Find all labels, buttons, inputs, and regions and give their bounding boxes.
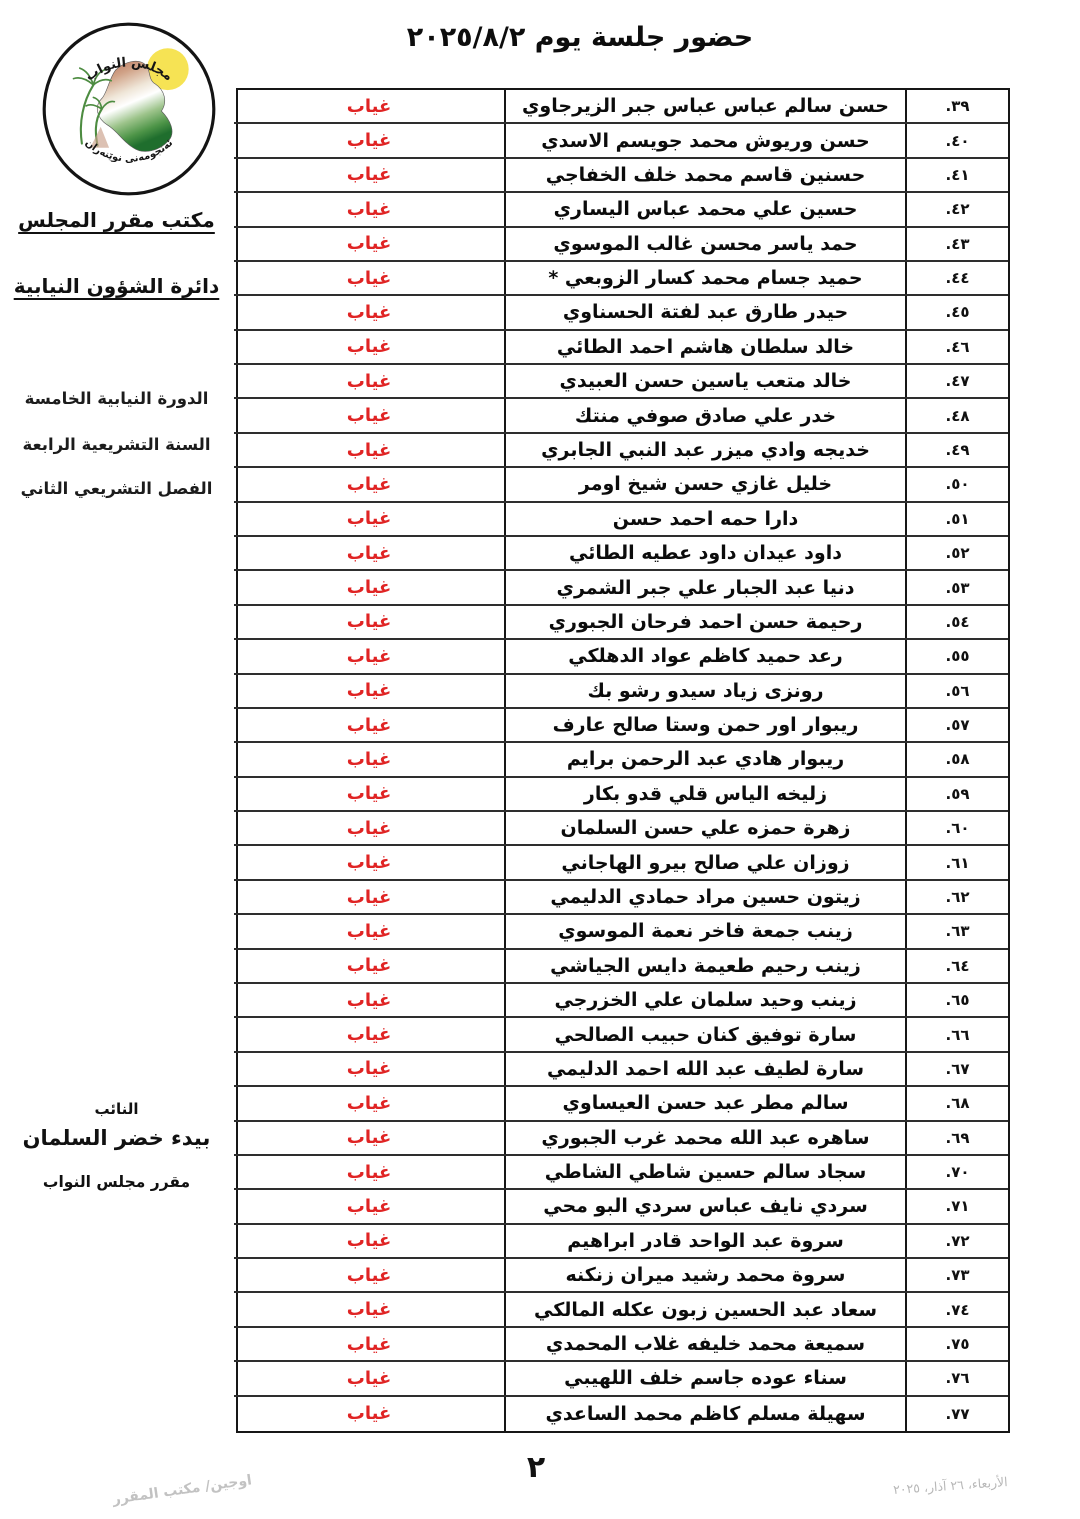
row-number: ٧٥. (905, 1328, 1008, 1360)
member-name: سناء عوده جاسم خلف اللهيبي (504, 1362, 905, 1394)
absence-status: غياب (234, 503, 504, 535)
absence-status: غياب (234, 399, 504, 431)
signatory-title: مقرر مجلس النواب (0, 1173, 233, 1191)
row-number: ٦٣. (905, 915, 1008, 947)
member-name: سالم مطر عبد حسن العيساوي (504, 1087, 905, 1119)
table-row: ٦٦. سارة توفيق كنان حبيب الصالحي غياب (234, 1018, 1008, 1052)
absence-status: غياب (234, 984, 504, 1016)
table-row: ٤٨. خدر علي صادق صوفي منتك غياب (234, 399, 1008, 433)
row-number: ٥٥. (905, 640, 1008, 672)
scanned-attendance-page: حضور جلسة يوم ٢٠٢٥/٨/٢ (0, 0, 1080, 1519)
sidebar-term-label: الدورة النيابية الخامسة (0, 389, 233, 408)
absence-status: غياب (234, 846, 504, 878)
member-name: سهيلة مسلم كاظم محمد الساعدي (504, 1397, 905, 1431)
row-number: ٤٥. (905, 296, 1008, 328)
row-number: ٥٨. (905, 743, 1008, 775)
row-number: ٥٢. (905, 537, 1008, 569)
member-name: حسين علي محمد عباس اليساري (504, 193, 905, 225)
member-name: زينب وحيد سلمان علي الخزرجي (504, 984, 905, 1016)
table-row: ٦٠. زهرة حمزه علي حسن السلمان غياب (234, 812, 1008, 846)
member-name: حمد ياسر محسن غالب الموسوي (504, 228, 905, 260)
member-name: زليخه الياس قلي قدو بكار (504, 778, 905, 810)
absence-status: غياب (234, 1328, 504, 1360)
row-number: ٦١. (905, 846, 1008, 878)
absence-status: غياب (234, 675, 504, 707)
member-name: ريبوار هادي عبد الرحمن برايم (504, 743, 905, 775)
attendance-table: ٣٩. حسن سالم عباس عباس جبر الزيرجاوي غيا… (236, 88, 1010, 1433)
table-row: ٤٦. خالد سلطان هاشم احمد الطائي غياب (234, 331, 1008, 365)
table-row: ٧٢. سروة عبد الواحد قادر ابراهيم غياب (234, 1225, 1008, 1259)
absence-status: غياب (234, 1293, 504, 1325)
member-name: ساهره عبد الله محمد غرب الجبوري (504, 1122, 905, 1154)
member-name: خالد سلطان هاشم احمد الطائي (504, 331, 905, 363)
page-title: حضور جلسة يوم ٢٠٢٥/٨/٢ (80, 22, 1080, 53)
row-number: ٧٠. (905, 1156, 1008, 1188)
member-name: حسن وريوش محمد جويسم الاسدي (504, 124, 905, 156)
table-row: ٤٩. خديجه وادي ميزر عبد النبي الجابري غي… (234, 434, 1008, 468)
member-name: سعاد عبد الحسين زبون عكله المالكي (504, 1293, 905, 1325)
sidebar-department-label: دائرة الشؤون النيابية (0, 274, 233, 298)
table-row: ٦٢. زيتون حسين مراد حمادي الدليمي غياب (234, 881, 1008, 915)
table-row: ٤٤. حميد جسام محمد كسار الزوبعي * غياب (234, 262, 1008, 296)
row-number: ٦٦. (905, 1018, 1008, 1050)
table-row: ٤٠. حسن وريوش محمد جويسم الاسدي غياب (234, 124, 1008, 158)
parliament-logo-svg: مجلس النواب ئەنجومەنی نوێنەران (40, 20, 218, 198)
signatory-name: بيدء خضر السلمان (0, 1126, 233, 1150)
member-name: خدر علي صادق صوفي منتك (504, 399, 905, 431)
table-row: ٦١. زوزان علي صالح بيرو الهاجاني غياب (234, 846, 1008, 880)
row-number: ٤٩. (905, 434, 1008, 466)
absence-status: غياب (234, 1362, 504, 1394)
absence-status: غياب (234, 1018, 504, 1050)
parliament-logo-icon: مجلس النواب ئەنجومەنی نوێنەران (40, 20, 218, 198)
row-number: ٤٢. (905, 193, 1008, 225)
absence-status: غياب (234, 1156, 504, 1188)
row-number: ٤٣. (905, 228, 1008, 260)
table-row: ٥٥. رعد حميد كاظم عواد الدهلكي غياب (234, 640, 1008, 674)
row-number: ٥٦. (905, 675, 1008, 707)
row-number: ٥٧. (905, 709, 1008, 741)
table-row: ٦٧. سارة لطيف عبد الله احمد الدليمي غياب (234, 1053, 1008, 1087)
member-name: داود عيدان داود عطيه الطائي (504, 537, 905, 569)
member-name: سروة عبد الواحد قادر ابراهيم (504, 1225, 905, 1257)
absence-status: غياب (234, 1225, 504, 1257)
absence-status: غياب (234, 124, 504, 156)
row-number: ٥١. (905, 503, 1008, 535)
absence-status: غياب (234, 1397, 504, 1431)
member-name: ريبوار اور حمن وستا صالح عارف (504, 709, 905, 741)
row-number: ٦٥. (905, 984, 1008, 1016)
member-name: رونزى زياد سيدو رشو بك (504, 675, 905, 707)
row-number: ٧٦. (905, 1362, 1008, 1394)
table-row: ٥٩. زليخه الياس قلي قدو بكار غياب (234, 778, 1008, 812)
absence-status: غياب (234, 778, 504, 810)
member-name: دنيا عبد الجبار علي جبر الشمري (504, 571, 905, 603)
row-number: ٧٤. (905, 1293, 1008, 1325)
table-row: ٥٠. خليل غازي حسن شيخ اومر غياب (234, 468, 1008, 502)
row-number: ٦٩. (905, 1122, 1008, 1154)
absence-status: غياب (234, 743, 504, 775)
row-number: ٦٠. (905, 812, 1008, 844)
page-number: ٢ (236, 1450, 836, 1485)
table-row: ٤٣. حمد ياسر محسن غالب الموسوي غياب (234, 228, 1008, 262)
row-number: ٥٤. (905, 606, 1008, 638)
table-row: ٧٦. سناء عوده جاسم خلف اللهيبي غياب (234, 1362, 1008, 1396)
absence-status: غياب (234, 709, 504, 741)
absence-status: غياب (234, 1122, 504, 1154)
row-number: ٦٢. (905, 881, 1008, 913)
absence-status: غياب (234, 262, 504, 294)
member-name: حميد جسام محمد كسار الزوبعي * (504, 262, 905, 294)
absence-status: غياب (234, 296, 504, 328)
absence-status: غياب (234, 537, 504, 569)
table-row: ٦٨. سالم مطر عبد حسن العيساوي غياب (234, 1087, 1008, 1121)
member-name: حسن سالم عباس عباس جبر الزيرجاوي (504, 90, 905, 122)
sidebar-office-label: مكتب مقرر المجلس (0, 208, 233, 232)
table-row: ٤٧. خالد متعب ياسين حسن العبيدي غياب (234, 365, 1008, 399)
row-number: ٥٠. (905, 468, 1008, 500)
table-row: ٦٤. زينب رحيم طعيمة دايس الجياشي غياب (234, 950, 1008, 984)
member-name: حسنين قاسم محمد خلف الخفاجي (504, 159, 905, 191)
row-number: ٦٧. (905, 1053, 1008, 1085)
table-row: ٥٧. ريبوار اور حمن وستا صالح عارف غياب (234, 709, 1008, 743)
row-number: ٦٤. (905, 950, 1008, 982)
absence-status: غياب (234, 228, 504, 260)
absence-status: غياب (234, 468, 504, 500)
table-row: ٦٩. ساهره عبد الله محمد غرب الجبوري غياب (234, 1122, 1008, 1156)
member-name: سروة محمد رشيد ميران زنكنه (504, 1259, 905, 1291)
absence-status: غياب (234, 881, 504, 913)
row-number: ٧١. (905, 1190, 1008, 1222)
absence-status: غياب (234, 950, 504, 982)
table-row: ٧٣. سروة محمد رشيد ميران زنكنه غياب (234, 1259, 1008, 1293)
member-name: زوزان علي صالح بيرو الهاجاني (504, 846, 905, 878)
table-row: ٧٥. سميعة محمد خليفه غلاب المحمدي غياب (234, 1328, 1008, 1362)
member-name: خليل غازي حسن شيخ اومر (504, 468, 905, 500)
member-name: خديجه وادي ميزر عبد النبي الجابري (504, 434, 905, 466)
row-number: ٤٧. (905, 365, 1008, 397)
table-row: ٣٩. حسن سالم عباس عباس جبر الزيرجاوي غيا… (234, 90, 1008, 124)
table-row: ٥٦. رونزى زياد سيدو رشو بك غياب (234, 675, 1008, 709)
absence-status: غياب (234, 1259, 504, 1291)
row-number: ٣٩. (905, 90, 1008, 122)
table-row: ٤١. حسنين قاسم محمد خلف الخفاجي غياب (234, 159, 1008, 193)
member-name: زينب رحيم طعيمة دايس الجياشي (504, 950, 905, 982)
signatory-role: النائب (0, 1100, 233, 1118)
table-row: ٧١. سردي نايف عباس سردي البو محي غياب (234, 1190, 1008, 1224)
absence-status: غياب (234, 812, 504, 844)
member-name: خالد متعب ياسين حسن العبيدي (504, 365, 905, 397)
member-name: زهرة حمزه علي حسن السلمان (504, 812, 905, 844)
print-date-note: الأربعاء، ٢٦ آذار، ٢٠٢٥ (893, 1474, 1008, 1497)
sidebar-year-label: السنة التشريعية الرابعة (0, 435, 233, 454)
table-row: ٥٤. رحيمة حسن احمد فرحان الجبوري غياب (234, 606, 1008, 640)
table-row: ٥٨. ريبوار هادي عبد الرحمن برايم غياب (234, 743, 1008, 777)
table-row: ٧٠. سجاد سالم حسين شاطي الشاطي غياب (234, 1156, 1008, 1190)
table-row: ٥٢. داود عيدان داود عطيه الطائي غياب (234, 537, 1008, 571)
sidebar-chapter-label: الفصل التشريعي الثاني (0, 479, 233, 498)
table-row: ٤٥. حيدر طارق عبد لفتة الحسناوي غياب (234, 296, 1008, 330)
row-number: ٤١. (905, 159, 1008, 191)
absence-status: غياب (234, 1053, 504, 1085)
absence-status: غياب (234, 365, 504, 397)
table-row: ٧٧. سهيلة مسلم كاظم محمد الساعدي غياب (234, 1397, 1008, 1431)
member-name: رعد حميد كاظم عواد الدهلكي (504, 640, 905, 672)
table-row: ٦٣. زينب جمعة فاخر نعمة الموسوي غياب (234, 915, 1008, 949)
absence-status: غياب (234, 434, 504, 466)
absence-status: غياب (234, 193, 504, 225)
table-row: ٧٤. سعاد عبد الحسين زبون عكله المالكي غي… (234, 1293, 1008, 1327)
row-number: ٥٩. (905, 778, 1008, 810)
member-name: سميعة محمد خليفه غلاب المحمدي (504, 1328, 905, 1360)
row-number: ٧٣. (905, 1259, 1008, 1291)
member-name: حيدر طارق عبد لفتة الحسناوي (504, 296, 905, 328)
member-name: دارا حمه احمد حسن (504, 503, 905, 535)
table-row: ٤٢. حسين علي محمد عباس اليساري غياب (234, 193, 1008, 227)
absence-status: غياب (234, 159, 504, 191)
row-number: ٥٣. (905, 571, 1008, 603)
member-name: رحيمة حسن احمد فرحان الجبوري (504, 606, 905, 638)
member-name: زينب جمعة فاخر نعمة الموسوي (504, 915, 905, 947)
member-name: سارة توفيق كنان حبيب الصالحي (504, 1018, 905, 1050)
table-row: ٦٥. زينب وحيد سلمان علي الخزرجي غياب (234, 984, 1008, 1018)
absence-status: غياب (234, 1190, 504, 1222)
absence-status: غياب (234, 331, 504, 363)
row-number: ٤٦. (905, 331, 1008, 363)
row-number: ٤٠. (905, 124, 1008, 156)
row-number: ٦٨. (905, 1087, 1008, 1119)
row-number: ٧٢. (905, 1225, 1008, 1257)
row-number: ٧٧. (905, 1397, 1008, 1431)
member-name: سارة لطيف عبد الله احمد الدليمي (504, 1053, 905, 1085)
member-name: زيتون حسين مراد حمادي الدليمي (504, 881, 905, 913)
row-number: ٤٨. (905, 399, 1008, 431)
member-name: سردي نايف عباس سردي البو محي (504, 1190, 905, 1222)
absence-status: غياب (234, 571, 504, 603)
absence-status: غياب (234, 90, 504, 122)
handwritten-note: اوجين/ مكتب المقرر (112, 1472, 253, 1507)
member-name: سجاد سالم حسين شاطي الشاطي (504, 1156, 905, 1188)
absence-status: غياب (234, 1087, 504, 1119)
absence-status: غياب (234, 915, 504, 947)
absence-status: غياب (234, 640, 504, 672)
table-row: ٥١. دارا حمه احمد حسن غياب (234, 503, 1008, 537)
row-number: ٤٤. (905, 262, 1008, 294)
absence-status: غياب (234, 606, 504, 638)
table-row: ٥٣. دنيا عبد الجبار علي جبر الشمري غياب (234, 571, 1008, 605)
